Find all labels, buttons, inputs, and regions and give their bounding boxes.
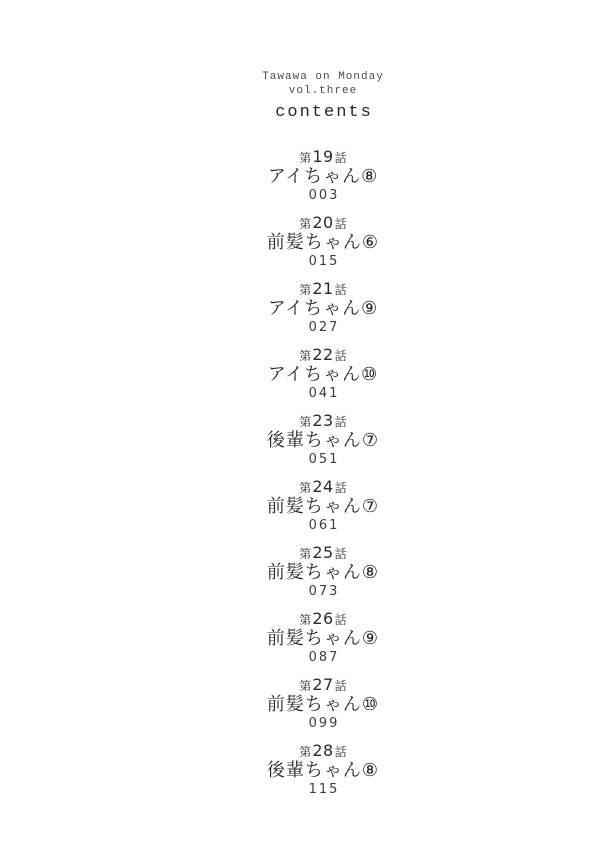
page-number: 041 [23, 385, 600, 403]
toc-header: Tawawa on Monday vol.three contents [23, 0, 600, 124]
chapter-line: 第21話 [23, 280, 600, 299]
toc-entry: 第21話 アイちゃん⑨ 027 [23, 280, 600, 336]
chapter-line: 第22話 [23, 346, 600, 365]
chapter-prefix: 第 [299, 415, 311, 429]
chapter-line: 第26話 [23, 610, 600, 629]
chapter-line: 第19話 [23, 148, 600, 167]
toc-entry: 第20話 前髪ちゃん⑥ 015 [23, 214, 600, 270]
chapter-prefix: 第 [299, 547, 311, 561]
toc-entry: 第24話 前髪ちゃん⑦ 061 [23, 478, 600, 534]
chapter-prefix: 第 [299, 481, 311, 495]
chapter-suffix: 話 [335, 547, 347, 561]
chapter-prefix: 第 [299, 151, 311, 165]
page-number: 061 [23, 517, 600, 535]
chapter-number: 22 [311, 345, 334, 364]
toc-entry: 第22話 アイちゃん⑩ 041 [23, 346, 600, 402]
toc-entry: 第19話 アイちゃん⑧ 003 [23, 148, 600, 204]
toc-page: Tawawa on Monday vol.three contents 第19話… [0, 0, 600, 852]
chapter-number: 27 [311, 675, 334, 694]
chapter-line: 第25話 [23, 544, 600, 563]
page-number: 003 [23, 187, 600, 205]
chapter-title: アイちゃん⑨ [23, 299, 600, 319]
chapter-suffix: 話 [335, 415, 347, 429]
series-title: Tawawa on Monday [23, 70, 600, 84]
chapter-number: 19 [311, 147, 334, 166]
volume-label: vol.three [23, 84, 600, 98]
chapter-suffix: 話 [335, 349, 347, 363]
chapter-suffix: 話 [335, 745, 347, 759]
page-number: 027 [23, 319, 600, 337]
toc-entry: 第25話 前髪ちゃん⑧ 073 [23, 544, 600, 600]
toc-entry: 第23話 後輩ちゃん⑦ 051 [23, 412, 600, 468]
chapter-title: 前髪ちゃん⑦ [23, 497, 600, 517]
chapter-prefix: 第 [299, 283, 311, 297]
chapter-prefix: 第 [299, 613, 311, 627]
chapter-prefix: 第 [299, 679, 311, 693]
chapter-title: 前髪ちゃん⑥ [23, 233, 600, 253]
chapter-suffix: 話 [335, 613, 347, 627]
contents-list: 第19話 アイちゃん⑧ 003 第20話 前髪ちゃん⑥ 015 第21話 [23, 148, 600, 798]
page-number: 099 [23, 715, 600, 733]
page-number: 115 [23, 781, 600, 799]
chapter-number: 24 [311, 477, 334, 496]
chapter-suffix: 話 [335, 481, 347, 495]
chapter-number: 26 [311, 609, 334, 628]
toc-content-column: Tawawa on Monday vol.three contents 第19話… [23, 0, 600, 808]
page-number: 073 [23, 583, 600, 601]
chapter-number: 28 [311, 741, 334, 760]
chapter-prefix: 第 [299, 745, 311, 759]
chapter-number: 25 [311, 543, 334, 562]
chapter-line: 第23話 [23, 412, 600, 431]
chapter-line: 第27話 [23, 676, 600, 695]
chapter-title: アイちゃん⑧ [23, 167, 600, 187]
chapter-number: 21 [311, 279, 334, 298]
chapter-title: 後輩ちゃん⑦ [23, 431, 600, 451]
page-number: 051 [23, 451, 600, 469]
chapter-line: 第24話 [23, 478, 600, 497]
chapter-suffix: 話 [335, 283, 347, 297]
contents-heading: contents [23, 102, 600, 124]
chapter-number: 20 [311, 213, 334, 232]
chapter-suffix: 話 [335, 217, 347, 231]
chapter-prefix: 第 [299, 349, 311, 363]
chapter-title: 後輩ちゃん⑧ [23, 761, 600, 781]
chapter-prefix: 第 [299, 217, 311, 231]
chapter-suffix: 話 [335, 679, 347, 693]
chapter-line: 第28話 [23, 742, 600, 761]
chapter-title: 前髪ちゃん⑨ [23, 629, 600, 649]
chapter-number: 23 [311, 411, 334, 430]
chapter-suffix: 話 [335, 151, 347, 165]
page-number: 087 [23, 649, 600, 667]
chapter-title: 前髪ちゃん⑧ [23, 563, 600, 583]
toc-entry: 第26話 前髪ちゃん⑨ 087 [23, 610, 600, 666]
toc-entry: 第27話 前髪ちゃん⑩ 099 [23, 676, 600, 732]
chapter-line: 第20話 [23, 214, 600, 233]
page-number: 015 [23, 253, 600, 271]
chapter-title: 前髪ちゃん⑩ [23, 695, 600, 715]
chapter-title: アイちゃん⑩ [23, 365, 600, 385]
toc-entry: 第28話 後輩ちゃん⑧ 115 [23, 742, 600, 798]
